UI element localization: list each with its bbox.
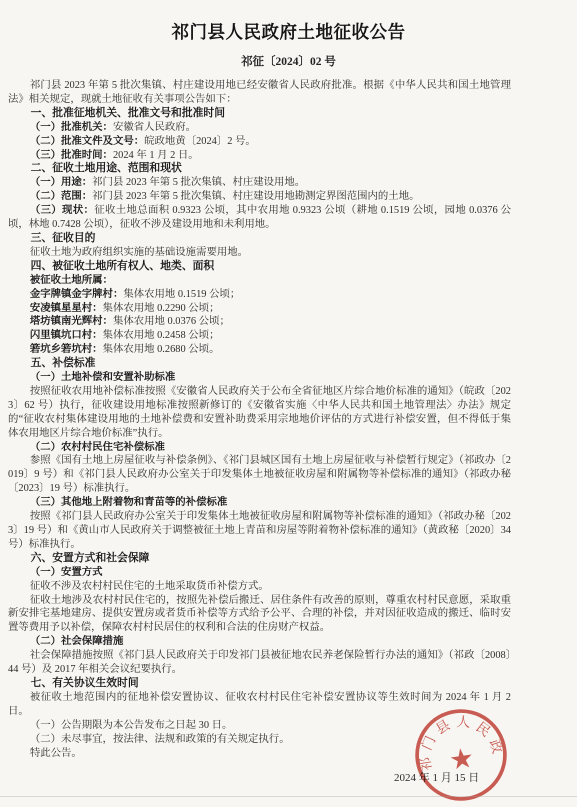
- doc-line-sub: （二）范围：祁门县 2023 年第 5 批次集镇、村庄建设用地勘测定界图范围内的…: [8, 190, 511, 204]
- doc-line-sub: （三）现状：征收土地总面积 0.9323 公顷，其中农用地 0.9323 公顷（…: [8, 204, 511, 232]
- doc-line-h1: 二、征收土地用途、范围和现状: [8, 162, 511, 176]
- doc-line-label: （三）批准时间：: [30, 150, 113, 161]
- doc-line-boldline: （一）土地补偿和安置补助标准: [8, 371, 511, 385]
- doc-line-sub: （三）批准时间：2024 年 1 月 2 日。: [8, 149, 511, 163]
- doc-line-para: 征收不涉及农村村民住宅的土地采取货币补偿方式。: [8, 580, 511, 594]
- doc-line-text: 集体农用地 0.1519 公顷；: [123, 289, 240, 300]
- doc-line-label: （一）用途：: [30, 177, 92, 188]
- doc-line-h1: 六、安置方式和社会保障: [8, 552, 511, 566]
- announcement-title: 祁门县人民政府土地征收公告: [0, 19, 577, 44]
- doc-line-h1: 一、批准征地机关、批准文号和批准时间: [8, 107, 511, 121]
- doc-line-sub: 塔坊镇南光辉村：集体农用地 0.0376 公顷；: [8, 315, 511, 329]
- doc-line-para: 祁门县 2023 年第 5 批次集镇、村庄建设用地已经安徽省人民政府批准。根据《…: [8, 79, 511, 107]
- document-body: 祁门县 2023 年第 5 批次集镇、村庄建设用地已经安徽省人民政府批准。根据《…: [8, 79, 511, 760]
- doc-line-label: 箬坑乡箬坑村：: [30, 344, 103, 355]
- doc-line-text: 集体农用地 0.2290 公顷；: [103, 303, 220, 314]
- doc-line-sub: （二）批准文件及文号：皖政地黄〔2024〕2 号。: [8, 135, 511, 149]
- doc-line-para: 特此公告。: [8, 747, 511, 761]
- scan-edge-line: [0, 796, 577, 797]
- doc-line-label: 安凌镇星星村：: [30, 303, 103, 314]
- doc-line-para: 征收土地涉及农村村民住宅的，按照先补偿后搬迁、居住条件有改善的原则，尊重农村村民…: [8, 594, 511, 636]
- doc-line-sub: （一）批准机关：安徽省人民政府。: [8, 121, 511, 135]
- doc-line-text: 祁门县 2023 年第 5 批次集镇、村庄建设用地。: [92, 177, 305, 188]
- doc-line-text: 集体农用地 0.2680 公顷。: [103, 344, 220, 355]
- doc-line-para: 征收土地为政府组织实施的基础设施需要用地。: [8, 246, 511, 260]
- doc-line-text: 安徽省人民政府。: [113, 122, 196, 133]
- doc-line-text: 集体农用地 0.0376 公顷；: [113, 316, 230, 327]
- doc-line-h1: 七、有关协议生效时间: [8, 677, 511, 691]
- doc-line-sub: 金字牌镇金字牌村：集体农用地 0.1519 公顷；: [8, 288, 511, 302]
- doc-line-boldline: （二）社会保障措施: [8, 635, 511, 649]
- doc-line-para: （二）未尽事宜，按法律、法规和政策的有关规定执行。: [8, 733, 511, 747]
- issue-date: 2024 年 1 月 15 日: [394, 769, 479, 785]
- doc-line-h1: 三、征收目的: [8, 232, 511, 246]
- doc-line-sub: 闪里镇坑口村：集体农用地 0.2458 公顷；: [8, 329, 511, 343]
- doc-line-text: 祁门县 2023 年第 5 批次集镇、村庄建设用地勘测定界图范围内的土地。: [92, 191, 419, 202]
- doc-line-label: 塔坊镇南光辉村：: [30, 316, 113, 327]
- doc-line-text: 集体农用地 0.2458 公顷；: [103, 330, 220, 341]
- doc-line-text: 2024 年 1 月 2 日。: [113, 150, 199, 161]
- doc-line-para: 参照《国有土地上房屋征收与补偿条例》、《祁门县城区国有土地上房屋征收与补偿暂行规…: [8, 454, 511, 496]
- doc-line-para: 社会保障措施按照《祁门县人民政府关于印发祁门县被征地农民养老保险暂行办法的通知》…: [8, 649, 511, 677]
- doc-line-sub: （一）用途：祁门县 2023 年第 5 批次集镇、村庄建设用地。: [8, 176, 511, 190]
- doc-line-para: （一）公告期限为本公告发布之日起 30 日。: [8, 719, 511, 733]
- doc-line-label: （一）批准机关：: [30, 122, 113, 133]
- document-number: 祁征〔2024〕02 号: [0, 53, 577, 69]
- doc-line-label: （三）现状：: [30, 205, 94, 216]
- scanned-announcement-page: 祁门县人民政府土地征收公告 祁征〔2024〕02 号 祁门县 2023 年第 5…: [0, 0, 577, 807]
- doc-line-sub: 安凌镇星星村：集体农用地 0.2290 公顷；: [8, 302, 511, 316]
- doc-line-boldline: （三）其他地上附着物和青苗等的补偿标准: [8, 496, 511, 510]
- doc-line-label: 闪里镇坑口村：: [30, 330, 103, 341]
- doc-line-para: 被征收土地范围内的征地补偿安置协议、征收农村村民住宅补偿安置协议等生效时间为 2…: [8, 691, 511, 719]
- doc-line-boldline: （二）农村村民住宅补偿标准: [8, 441, 511, 455]
- doc-line-h1: 四、被征收土地所有权人、地类、面积: [8, 260, 511, 274]
- doc-line-para: 按照征收农用地补偿标准按照《安徽省人民政府关于公布全省征地区片综合地价标准的通知…: [8, 385, 511, 441]
- doc-line-sub: 箬坑乡箬坑村：集体农用地 0.2680 公顷。: [8, 343, 511, 357]
- doc-line-para: 按照《祁门县人民政府办公室关于印发集体土地被征收房屋和附属物等补偿标准的通知》（…: [8, 510, 511, 552]
- doc-line-label: （二）范围：: [30, 191, 92, 202]
- doc-line-text: 皖政地黄〔2024〕2 号。: [144, 136, 256, 147]
- doc-line-boldline: 被征收土地所属：: [8, 274, 511, 288]
- doc-line-label: 金字牌镇金字牌村：: [30, 289, 124, 300]
- doc-line-h1: 五、补偿标准: [8, 357, 511, 371]
- doc-line-boldline: （一）安置方式: [8, 566, 511, 580]
- doc-line-label: （二）批准文件及文号：: [30, 136, 144, 147]
